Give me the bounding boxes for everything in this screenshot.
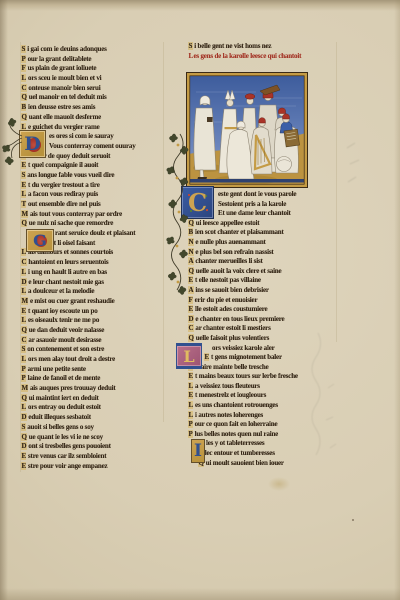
text-line: D e chanter en tous lieux premiere xyxy=(188,315,340,325)
text-line: M ais tout vous conterray par ordre xyxy=(21,210,167,220)
text-line: Q ui maintint iert en deduit xyxy=(21,394,167,404)
text-line: M ais auques pres trouuay deduit xyxy=(21,384,167,394)
text-line: B ien deusse estre ses amis xyxy=(21,103,167,113)
initial-letter: D xyxy=(24,133,40,155)
text-line: S on contenement et son estre xyxy=(21,345,167,355)
text-line: D ont si tresbelles gens pouoient xyxy=(21,442,167,452)
text-line: L es oiseaulx tenir ne me po xyxy=(21,316,167,326)
text-line: L i autres notes loherenges xyxy=(188,411,340,421)
page-edge-bottom xyxy=(0,588,400,600)
text-line: L a doulceur et la melodie xyxy=(21,287,167,297)
text-line: L ors entray ou deduit estoit xyxy=(21,403,167,413)
text-line: Q ue nulz ni sache que remordre xyxy=(21,219,167,229)
text-line: M e mist ou cuer grant reshaudie xyxy=(21,297,167,307)
ink-speck xyxy=(352,519,354,521)
page-edge-left xyxy=(0,0,8,600)
illuminated-initial-I: I xyxy=(191,439,205,463)
text-line: E t menestrelz et iougleours xyxy=(188,391,340,401)
text-line: E t faire mainte belle tresche xyxy=(188,363,340,373)
text-line: Q uant elle mauoit desferme xyxy=(21,113,167,123)
text-line: E t quant ioy escoute un po xyxy=(21,307,167,317)
bagpipe xyxy=(277,157,292,172)
initial-letter: G xyxy=(33,231,47,250)
text-line: L ors men alay tout droit a destre xyxy=(21,355,167,365)
text-line: L es uns chantoient rotrouenges xyxy=(188,401,340,411)
text-line: C ar asauoir moult desirasse xyxy=(21,336,167,346)
text-line: les y ot tableterresses xyxy=(188,439,340,449)
text-line: ors veissiez karole aler xyxy=(188,344,340,354)
left-text-column: S i gai com ie deuins adonquesP our la g… xyxy=(21,45,167,471)
miniature-carole-scene xyxy=(186,72,308,188)
text-line: L a facon vous rediray puis xyxy=(21,190,167,200)
text-line: F us plain de grant ioliuete xyxy=(21,64,167,74)
text-line: L ors sceu ie moult bien et vi xyxy=(21,74,167,84)
book-lectern xyxy=(284,129,300,147)
illuminated-initial-G: G xyxy=(26,229,54,252)
text-line: Q uelle auoit la voix clere et saine xyxy=(188,267,340,277)
text-line: C hantoient en leurs seruentois xyxy=(21,258,167,268)
text-line: S i belle gent ne vist homs nez xyxy=(188,42,338,52)
text-line: F erir du pie et enuoisier xyxy=(188,296,340,306)
text-line: E lle estoit ades coustumiere xyxy=(188,305,340,315)
page-edge-right xyxy=(394,0,400,600)
initial-letter: I xyxy=(194,441,202,461)
illuminated-initial-C: C xyxy=(181,186,214,219)
initial-letter: C xyxy=(188,188,207,217)
text-line: N e nulle plus auenammant xyxy=(188,238,340,248)
text-line: D e leur chant nestoit mie gas xyxy=(21,278,167,288)
text-line: L i ung en hault li autre en bas xyxy=(21,268,167,278)
text-line: B ien scot chanter et plaisammant xyxy=(188,228,340,238)
text-line: D eduit illeques sesbatoit xyxy=(21,413,167,423)
text-line: A chanter merueilles li sist xyxy=(188,257,340,267)
text-line: P armi une petite sente xyxy=(21,365,167,375)
miniature-carole xyxy=(186,72,308,188)
text-line: C ar chanter estoit li mestiers xyxy=(188,324,340,334)
text-line: T out ensemble dire nel puis xyxy=(21,200,167,210)
text-line: N e plus bel son refrain nassist xyxy=(188,248,340,258)
text-line: C onteuse manoir bien serui xyxy=(21,84,167,94)
page-edge-top xyxy=(0,0,400,11)
text-line: E t gens mignotement baler xyxy=(188,353,340,363)
parchment-stain xyxy=(268,477,290,491)
gold-dots xyxy=(176,144,181,284)
text-line: L a veissiez tous fleuteurs xyxy=(188,382,340,392)
text-line: Q ue quant ie les vi ie ne scoy xyxy=(21,433,167,443)
text-line: Q ui moult sauoient bien iouer xyxy=(188,459,340,469)
illuminated-initial-L: L xyxy=(176,345,202,367)
text-line: S i gai com ie deuins adonques xyxy=(21,45,167,55)
text-line: P laine de fanoil et de mente xyxy=(21,374,167,384)
text-line: Q ui leesce appellee estoit xyxy=(188,219,340,229)
text-line: A ins se sauoit bien debrisier xyxy=(188,286,340,296)
text-line: E t elle nestoit pas villaine xyxy=(188,276,340,286)
text-line: E t du vergier trestout a tire xyxy=(21,181,167,191)
text-line: E t mains beaux tours sur lerbe fresche xyxy=(188,372,340,382)
text-line: P our la grant delitablete xyxy=(21,55,167,65)
right-column-top: S i belle gent ne vist homs nez Les gens… xyxy=(188,42,338,61)
text-line: Q uelle faisoit plus volentiers xyxy=(188,334,340,344)
rubric-line: Les gens de la karolle leesce qui chanto… xyxy=(188,52,338,62)
text-line: E stre venus car ilz sembloient xyxy=(21,452,167,462)
text-line: P our ce quon fait en loherraine xyxy=(188,420,340,430)
text-line: S auoit si belles gens o soy xyxy=(21,423,167,433)
right-text-column: este gent dont ie vous paroleSestoient p… xyxy=(188,190,340,468)
bleed-through-marks xyxy=(342,140,372,195)
text-line: Q ue dan deduit veoir nalasse xyxy=(21,326,167,336)
manuscript-page: S i gai com ie deuins adonquesP our la g… xyxy=(0,0,400,600)
text-line: E stre pour voir ange empanez xyxy=(21,462,167,472)
text-line: S ans longue fable vous vueil dire xyxy=(21,171,167,181)
initial-letter: L xyxy=(183,347,194,366)
illuminated-initial-D: D xyxy=(19,130,46,158)
text-line: E t quel compaignie il auoit xyxy=(21,161,167,171)
text-line: Q uel manoir en tel deduit mis xyxy=(21,93,167,103)
text-line: P lus belles notes quen nul raine xyxy=(188,430,340,440)
text-line: llec entour et tumberesses xyxy=(188,449,340,459)
frame-navy-strip xyxy=(190,179,304,183)
